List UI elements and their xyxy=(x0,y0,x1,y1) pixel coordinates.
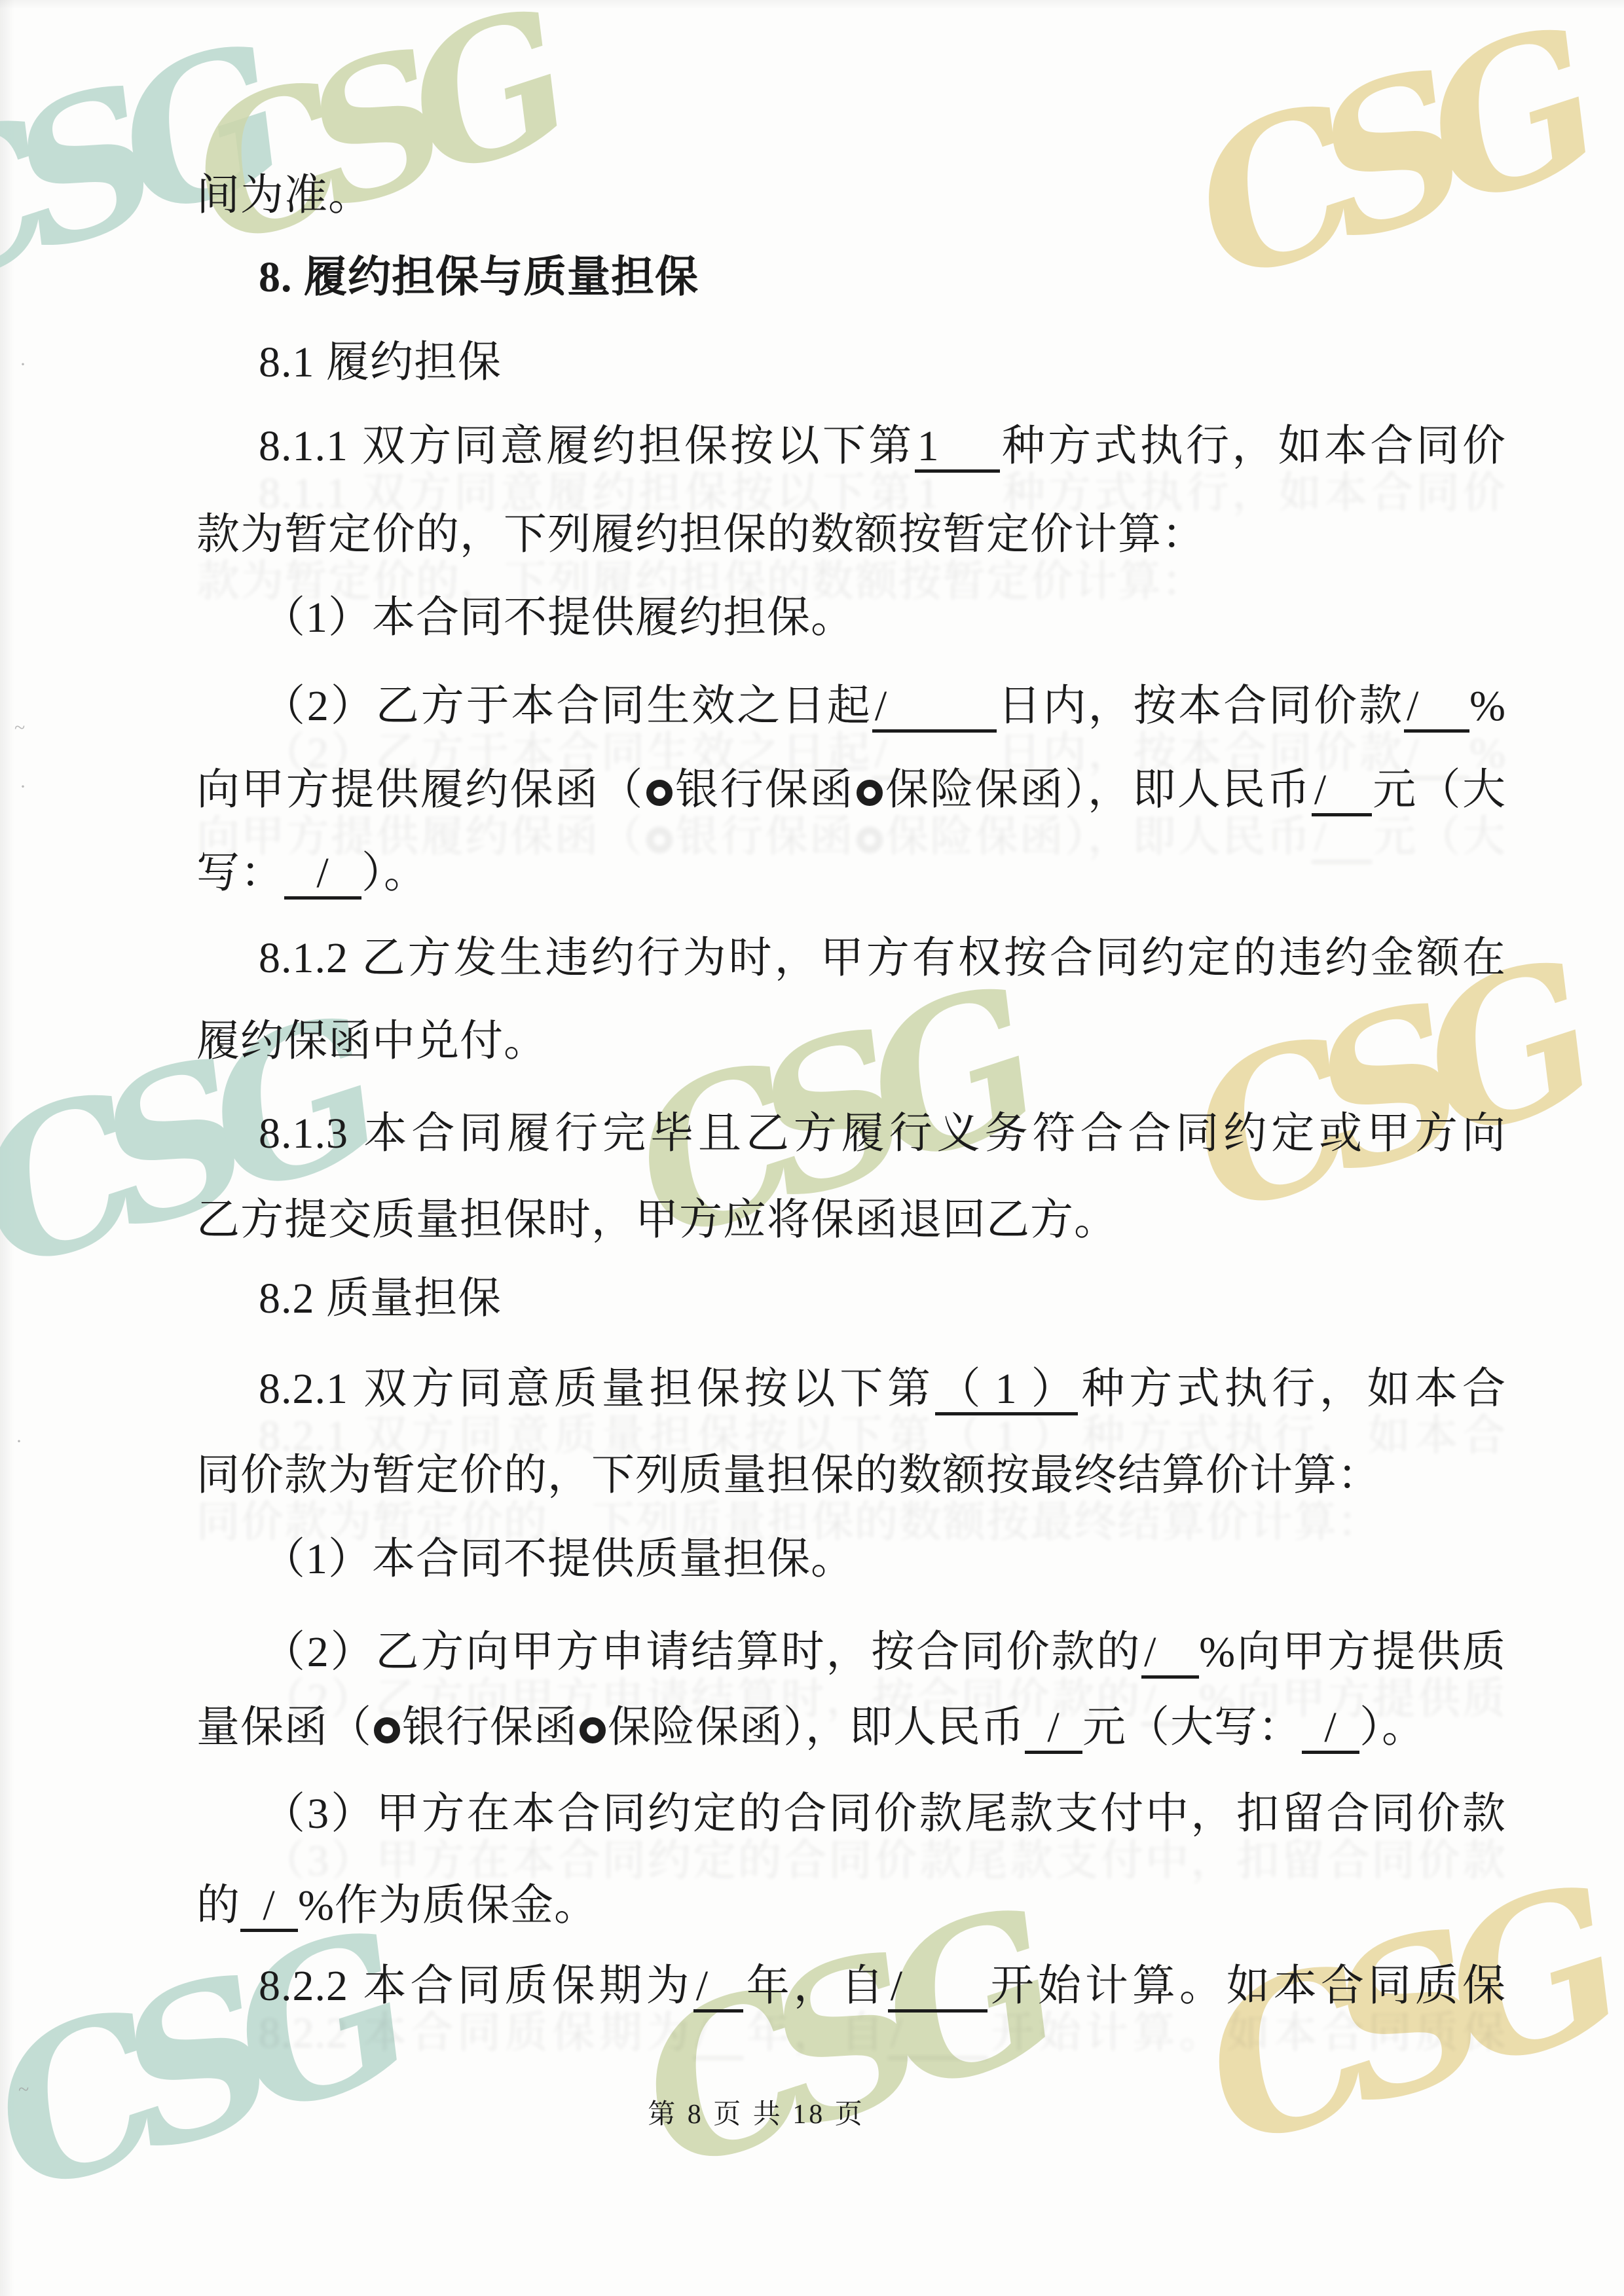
contract-line-4: 8.1.1 双方同意履约担保按以下第1种方式执行，如本合同价 xyxy=(259,415,1506,478)
contract-line-11: 履约保函中兑付。 xyxy=(196,1010,1506,1073)
contract-line-17: （1）本合同不提供质量担保。 xyxy=(262,1528,1506,1591)
contract-line-9: 写：/）。 xyxy=(196,842,1506,905)
fill-in-blank: / xyxy=(1312,767,1372,816)
text-run: 乙方提交质量担保时，甲方应将保函退回乙方。 xyxy=(196,1196,1118,1244)
contract-line-13: 乙方提交质量担保时，甲方应将保函退回乙方。 xyxy=(196,1189,1506,1252)
text-run: %向甲方提供质 xyxy=(1199,1628,1506,1676)
text-run: %作为质保金。 xyxy=(298,1882,598,1929)
contract-scan-page: { "page": { "footer": "第 8 页 共 18 页", "t… xyxy=(0,0,1624,2296)
text-run: 8.1.1 双方同意履约担保按以下第 xyxy=(259,422,915,470)
fill-in-blank: / xyxy=(693,2011,743,2060)
scan-artifact: · xyxy=(16,1430,22,1453)
text-run: 向甲方提供履约保函（ xyxy=(196,766,644,814)
contract-line-3: 8.1 履约担保 xyxy=(259,331,1506,394)
text-run: （1）本合同不提供质量担保。 xyxy=(262,1535,855,1583)
contract-line-7: （2）乙方于本合同生效之日起/日内，按本合同价款/% xyxy=(262,675,1506,738)
scan-artifact: · xyxy=(20,354,26,376)
text-run: 8.2.1 双方同意质量担保按以下第 xyxy=(259,1365,935,1413)
scan-artifact: ~ xyxy=(14,717,25,739)
fill-in-blank: / xyxy=(888,2011,987,2060)
text-run: 8. 履约担保与质量担保 xyxy=(259,253,699,301)
scan-edge-shadow-top xyxy=(0,0,1624,9)
contract-line-16: 同价款为暂定价的，下列质量担保的数额按最终结算价计算： xyxy=(196,1444,1506,1507)
contract-line-15: 8.2.1 双方同意质量担保按以下第（1）种方式执行，如本合 xyxy=(259,1358,1506,1421)
contract-line-2: 8. 履约担保与质量担保 xyxy=(259,246,1506,309)
fill-in-blank: / xyxy=(693,1963,743,2013)
text-run: 年，自 xyxy=(743,1962,888,2010)
page-number-footer: 第 8 页 共 18 页 xyxy=(0,2092,1513,2132)
contract-line-5: 款为暂定价的，下列履约担保的数额按暂定价计算： xyxy=(196,503,1506,566)
text-run: % xyxy=(1469,682,1506,730)
text-run: 种方式执行，如本合 xyxy=(1078,1365,1506,1413)
contract-line-19: 量保函（银行保函保险保函），即人民币/元（大写：/）。 xyxy=(196,1696,1506,1759)
text-run: 保险保函），即人民币 xyxy=(885,766,1312,814)
contract-line-6: （1）本合同不提供履约担保。 xyxy=(262,587,1506,649)
text-run: 同价款为暂定价的，下列质量担保的数额按最终结算价计算： xyxy=(196,1451,1381,1499)
text-run: 银行保函 xyxy=(402,1704,578,1751)
text-run: 的 xyxy=(196,1882,240,1929)
text-run: 8.2.2 本合同质保期为 xyxy=(259,1962,693,2010)
text-run: 种方式执行，如本合同价 xyxy=(1000,422,1506,470)
fill-in-blank: / xyxy=(1302,1705,1359,1754)
csg-watermark: CSG xyxy=(0,1891,415,2240)
contract-line-20: （3）甲方在本合同约定的合同价款尾款支付中，扣留合同价款 xyxy=(262,1783,1506,1846)
text-run: 款为暂定价的，下列履约担保的数额按暂定价计算： xyxy=(196,511,1206,558)
text-run: 日内，按本合同价款 xyxy=(997,682,1404,730)
fill-in-blank: / xyxy=(888,1963,987,2013)
fill-in-blank: / xyxy=(872,683,997,733)
contract-line-18: （2）乙方向甲方申请结算时，按合同价款的/%向甲方提供质 xyxy=(262,1621,1506,1684)
fill-in-blank: （1） xyxy=(935,1366,1078,1415)
text-run: 写： xyxy=(196,849,284,897)
contract-line-12: 8.1.3 本合同履行完毕且乙方履行义务符合合同约定或甲方向 xyxy=(259,1102,1506,1165)
fill-in-blank: / xyxy=(1025,1705,1082,1754)
text-run: ）。 xyxy=(361,849,428,897)
scan-artifact: · xyxy=(20,776,26,798)
contract-line-14: 8.2 质量担保 xyxy=(259,1267,1506,1330)
contract-line-8: 向甲方提供履约保函（银行保函保险保函），即人民币/元（大 xyxy=(196,759,1506,822)
fill-in-blank: / xyxy=(1404,683,1469,733)
text-run: 元（大 xyxy=(1372,766,1506,814)
text-run: 履约保函中兑付。 xyxy=(196,1017,547,1065)
contract-line-1: 间为准。 xyxy=(196,164,1506,227)
text-run: （2）乙方向甲方申请结算时，按合同价款的 xyxy=(262,1628,1141,1676)
text-run: （2）乙方于本合同生效之日起 xyxy=(262,682,872,730)
option-bullet-icon xyxy=(580,1717,606,1743)
text-run: 元（大写： xyxy=(1082,1704,1302,1751)
text-run: 量保函（ xyxy=(196,1704,372,1751)
text-run: 8.2 质量担保 xyxy=(259,1275,502,1322)
option-bullet-icon xyxy=(374,1717,400,1743)
text-run: 间为准。 xyxy=(196,172,372,219)
text-run: （1）本合同不提供履约担保。 xyxy=(262,594,855,642)
text-run: 开始计算。如本合同质保 xyxy=(987,1962,1506,2010)
fill-in-blank: / xyxy=(1141,1630,1199,1679)
fill-in-blank: / xyxy=(240,1883,298,1932)
text-run: 8.1 履约担保 xyxy=(259,338,502,386)
option-bullet-icon xyxy=(646,780,673,806)
paper-background: CSGCSGCSGCSGCSGCSGCSGCSGCSG 间为准。8. 履约担保与… xyxy=(0,0,1624,2296)
fill-in-blank: / xyxy=(284,850,361,900)
text-run: （3）甲方在本合同约定的合同价款尾款支付中，扣留合同价款 xyxy=(262,1790,1506,1838)
contract-line-22: 8.2.2 本合同质保期为/年，自/开始计算。如本合同质保 xyxy=(259,1955,1506,2018)
contract-line-21: 的/%作为质保金。 xyxy=(196,1874,1506,1937)
text-run: ）。 xyxy=(1359,1704,1426,1751)
option-bullet-icon xyxy=(857,780,883,806)
text-run: 银行保函 xyxy=(674,766,855,814)
text-run: 保险保函），即人民币 xyxy=(608,1704,1025,1751)
contract-line-10: 8.1.2 乙方发生违约行为时，甲方有权按合同约定的违约金额在 xyxy=(259,927,1506,990)
text-run: 8.1.2 乙方发生违约行为时，甲方有权按合同约定的违约金额在 xyxy=(259,934,1506,982)
fill-in-blank: 1 xyxy=(915,424,1000,473)
text-run: 8.1.3 本合同履行完毕且乙方履行义务符合合同约定或甲方向 xyxy=(259,1110,1506,1157)
